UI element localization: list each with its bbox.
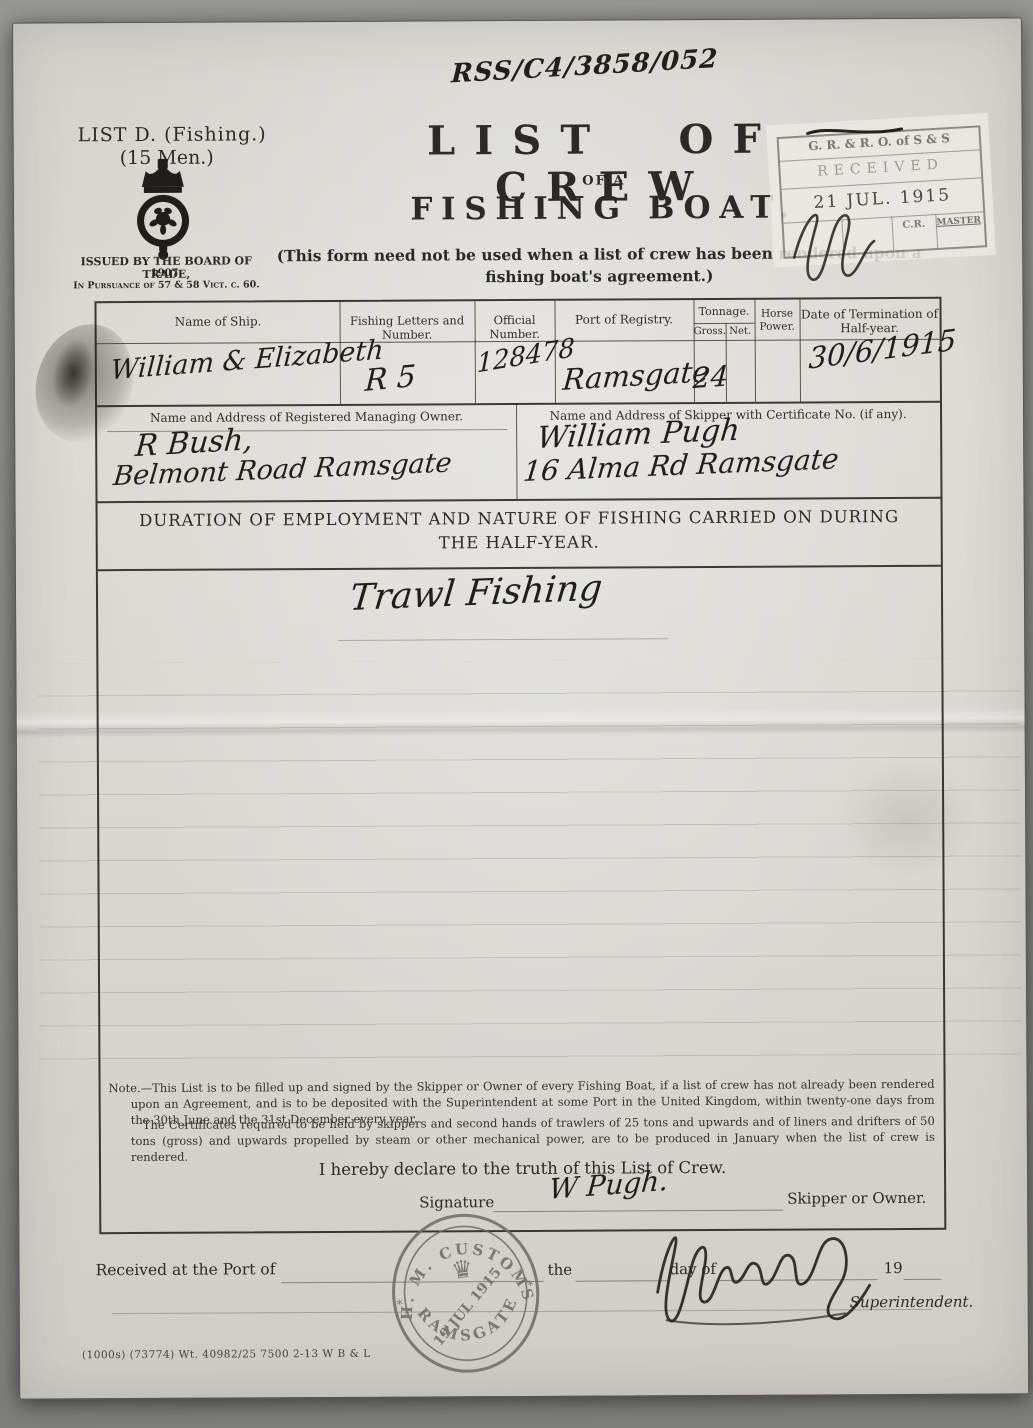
pursuance-line: In Pursuance of 57 & 58 Vict. c. 60. <box>66 279 266 291</box>
port-of-registry-handwriting: Ramsgate <box>561 354 710 397</box>
received-stamp-master: MASTER <box>935 215 981 228</box>
col-name-of-ship: Name of Ship. <box>97 314 340 329</box>
crown-icon: ♛ <box>450 1254 475 1285</box>
col-horse-power-1: Horse <box>755 308 800 320</box>
paper-sheet: RSS/C4/3858/052 LIST D. (Fishing.) (15 M… <box>12 17 1029 1399</box>
col-official-number: Official Number. <box>475 313 555 341</box>
issued-year: 1907. <box>66 267 266 279</box>
pen-stroke <box>806 121 906 144</box>
col-horse-power-2: Power. <box>755 321 800 333</box>
scanned-document: RSS/C4/3858/052 LIST D. (Fishing.) (15 M… <box>0 0 1033 1428</box>
year-blank-line <box>904 1279 942 1280</box>
list-d-label: LIST D. (Fishing.) <box>78 123 267 146</box>
gross-tonnage-handwriting: 24 <box>692 359 730 395</box>
duration-heading-1: DURATION OF EMPLOYMENT AND NATURE OF FIS… <box>98 507 941 530</box>
declaration-text: I hereby declare to the truth of this Li… <box>101 1157 944 1180</box>
col-port-of-registry: Port of Registry. <box>555 312 694 327</box>
col-gross: Gross. <box>694 326 726 337</box>
owner-header: Name and Address of Registered Managing … <box>97 409 516 425</box>
form-box: Name of Ship. Fishing Letters and Number… <box>94 297 946 1234</box>
duration-heading-2: THE HALF-YEAR. <box>98 531 941 554</box>
customs-stamp: H. M. CUSTOMS RAMSGATE ♛ 19 JUL 1915 * * <box>364 1195 567 1391</box>
archive-reference-handwriting: RSS/C4/3858/052 <box>451 44 719 90</box>
col-date-termination-1: Date of Termination of <box>800 307 940 322</box>
nature-of-fishing-handwriting: Trawl Fishing <box>348 568 604 619</box>
fishing-letters-handwriting: R 5 <box>364 359 417 399</box>
stamp-asterisk-right: * <box>526 1278 535 1294</box>
ink-smudge-core <box>46 335 99 412</box>
col-net: Net. <box>726 326 755 337</box>
board-of-trade-seal <box>130 157 197 265</box>
received-at-port-label: Received at the Port of <box>95 1260 275 1279</box>
print-code: (1000s) (73774) Wt. 40982/25 7500 2-13 W… <box>82 1348 371 1362</box>
clerk-initials-signature <box>782 197 912 288</box>
skipper-or-owner-label: Skipper or Owner. <box>787 1189 926 1208</box>
col-tonnage: Tonnage. <box>693 305 754 318</box>
superintendent-signature <box>635 1215 906 1336</box>
